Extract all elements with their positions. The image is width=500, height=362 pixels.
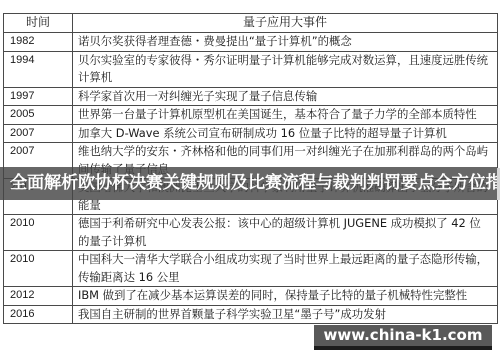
watermark-underline — [314, 346, 492, 350]
site-watermark: www.china-k1.com — [314, 325, 492, 346]
table-row: 1997 科学家首次用一对纠缠光子实现了量子信息传输 — [4, 87, 498, 106]
column-header-event: 量子应用大事件 — [73, 14, 498, 33]
year-cell: 2005 — [4, 106, 73, 125]
event-cell: 加拿大 D-Wave 系统公司宣布研制成功 16 位量子比特的超导量子计算机 — [73, 124, 498, 143]
table-row: 2016 我国自主研制的世界首颗量子科学实验卫星“墨子号”成功发射 — [4, 305, 498, 324]
table-row: 2010 德国于利希研究中心发表公报：该中心的超级计算机 JUGENE 成功模拟… — [4, 215, 498, 251]
event-cell: IBM 做到了在减少基本运算误差的同时，保持量子比特的量子机械特性完整性 — [73, 287, 498, 306]
event-cell: 贝尔实验室的专家彼得・秀尔证明量子计算机能够完成对数运算，且速度远胜传统计算机 — [73, 51, 498, 87]
year-cell: 2012 — [4, 287, 73, 306]
event-cell: 中国科大一清华大学联合小组成功实现了当时世界上最远距离的量子态隐形传输，传输距离… — [73, 251, 498, 287]
year-cell: 2007 — [4, 124, 73, 143]
year-cell: 2010 — [4, 251, 73, 287]
table-row: 2007 加拿大 D-Wave 系统公司宣布研制成功 16 位量子比特的超导量子… — [4, 124, 498, 143]
year-cell: 1982 — [4, 33, 73, 52]
year-cell: 1997 — [4, 87, 73, 106]
column-header-time: 时间 — [4, 14, 73, 33]
year-cell: 1994 — [4, 51, 73, 87]
year-cell: 2010 — [4, 215, 73, 251]
table-row: 1994 贝尔实验室的专家彼得・秀尔证明量子计算机能够完成对数运算，且速度远胜传… — [4, 51, 498, 87]
table-row: 2012 IBM 做到了在减少基本运算误差的同时，保持量子比特的量子机械特性完整… — [4, 287, 498, 306]
table-header-row: 时间 量子应用大事件 — [4, 14, 498, 33]
document-page: 时间 量子应用大事件 1982 诺贝尔奖获得者理查德・费曼提出“量子计算机”的概… — [0, 0, 500, 362]
table-row: 1982 诺贝尔奖获得者理查德・费曼提出“量子计算机”的概念 — [4, 33, 498, 52]
headline-banner: 全面解析欧协杯决赛关键规则及比赛流程与裁判判罚要点全方位指南 — [0, 167, 497, 200]
year-cell: 2016 — [4, 305, 73, 324]
event-cell: 我国自主研制的世界首颗量子科学实验卫星“墨子号”成功发射 — [73, 305, 498, 324]
event-cell: 世界第一台量子计算机原型机在美国诞生，基本符合了量子力学的全部本质特性 — [73, 106, 498, 125]
table-row: 2005 世界第一台量子计算机原型机在美国诞生，基本符合了量子力学的全部本质特性 — [4, 106, 498, 125]
event-cell: 诺贝尔奖获得者理查德・费曼提出“量子计算机”的概念 — [73, 33, 498, 52]
event-cell: 科学家首次用一对纠缠光子实现了量子信息传输 — [73, 87, 498, 106]
table-row: 2010 中国科大一清华大学联合小组成功实现了当时世界上最远距离的量子态隐形传输… — [4, 251, 498, 287]
event-cell: 德国于利希研究中心发表公报：该中心的超级计算机 JUGENE 成功模拟了 42 … — [73, 215, 498, 251]
